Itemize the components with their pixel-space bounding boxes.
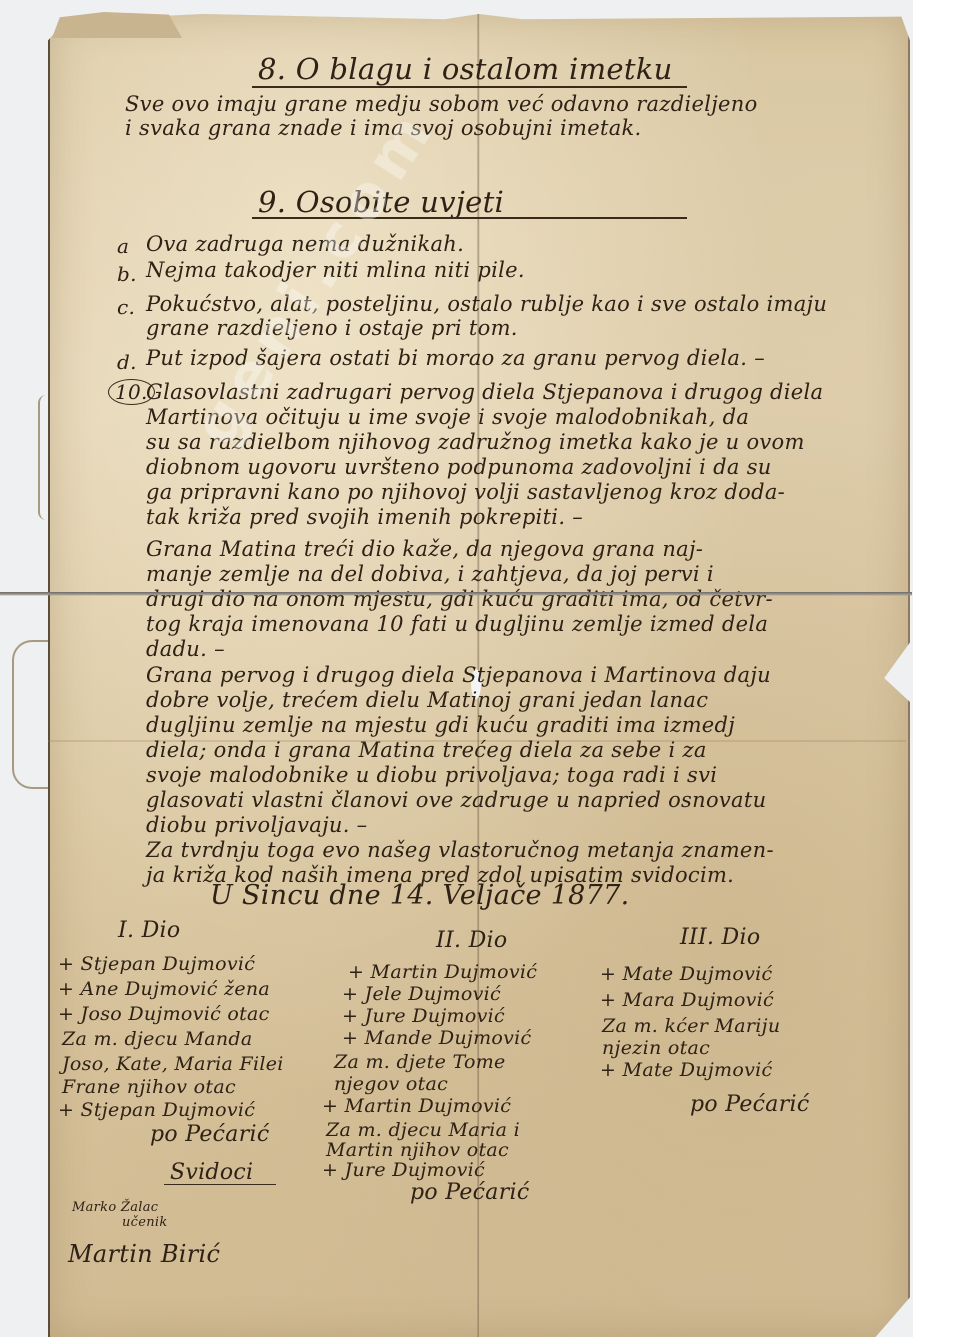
- section-8-underline: [252, 86, 687, 88]
- item-b-line-1: Nejma takodjer niti mlina niti pile.: [146, 258, 525, 282]
- witnesses-heading: Svidoci: [170, 1160, 253, 1185]
- part-3-line-5: + Mate Dujmović: [600, 1058, 772, 1083]
- part-1-line-7: + Stjepan Dujmović: [58, 1098, 255, 1123]
- binding-string-loop: [12, 640, 48, 789]
- item-c-marker: c.: [117, 295, 135, 319]
- section-10-p2-line-2: manje zemlje na del dobiva, i zahtjeva, …: [146, 562, 714, 586]
- section-10-p1-line-5: ga pripravni kano po njihovoj volji sast…: [146, 480, 785, 504]
- section-10-p1-line-2: Martinova očituju u ime svoje i svoje ma…: [146, 405, 749, 429]
- section-10-p3-line-4: diela; onda i grana Matina trećeg diela …: [146, 738, 707, 762]
- section-10-p1-line-4: diobnom ugovoru uvršteno podpunoma zadov…: [146, 455, 772, 479]
- section-8-heading: 8. O blagu i ostalom imetku: [258, 52, 673, 86]
- part-2-line-7: + Martin Dujmović: [322, 1094, 511, 1119]
- witness-2-name: Martin Birić: [68, 1240, 220, 1268]
- section-10-p1-line-6: tak križa pred svojih imenih pokrepiti. …: [146, 505, 583, 529]
- item-d-marker: d.: [117, 350, 137, 374]
- section-8-line-1: Sve ovo imaju grane medju sobom već odav…: [125, 92, 758, 116]
- section-10-p3-line-3: dugljinu zemlje na mjestu gdi kuću gradi…: [146, 713, 735, 737]
- section-10-p1-line-3: su sa razdielbom njihovog zadružnog imet…: [146, 430, 805, 454]
- item-b-marker: b.: [117, 262, 137, 286]
- part-3-line-1: + Mate Dujmović: [600, 962, 772, 987]
- part-2-scribe: po Pećarić: [410, 1180, 529, 1205]
- item-c-line-2: grane razdieljeno i ostaje pri tom.: [146, 316, 518, 340]
- part-1-line-3: + Joso Dujmović otac: [58, 1002, 270, 1027]
- section-9-heading: 9. Osobite uvjeti: [258, 185, 504, 219]
- section-10-p4-line-1: Za tvrdnju toga evo našeg vlastoručnog m…: [146, 838, 774, 862]
- section-10-p3-line-5: svoje malodobnike u diobu privoljava; to…: [146, 763, 717, 787]
- section-8-line-2: i svaka grana znade i ima svoj osobujni …: [125, 116, 642, 140]
- witnesses-underline: [164, 1184, 276, 1185]
- section-10-p3-line-1: Grana pervog i drugog diela Stjepanova i…: [146, 663, 771, 687]
- section-10-p1-line-1: Glasovlastni zadrugari pervog diela Stje…: [146, 380, 823, 404]
- part-3-line-2: + Mara Dujmović: [600, 988, 774, 1013]
- part-1-line-2: + Ane Dujmović žena: [58, 977, 270, 1002]
- part-3-heading: III. Dio: [680, 925, 760, 950]
- section-10-p3-line-2: dobre volje, trećem dielu Matinoj grani …: [146, 688, 708, 712]
- place-and-date: U Sincu dne 14. Veljače 1877.: [210, 880, 630, 911]
- item-c-line-1: Pokućstvo, alat, postelјinu, ostalo rubl…: [146, 292, 827, 316]
- part-3-scribe: po Pećarić: [690, 1092, 809, 1117]
- item-d-line-1: Put izpod šajera ostati bi morao za gran…: [146, 346, 765, 370]
- section-10-p2-line-1: Grana Matina treći dio kaže, da njegova …: [146, 537, 703, 561]
- section-10-p2-line-4: tog kraja imenovana 10 fati u dugljinu z…: [146, 612, 768, 636]
- item-a-marker: a: [117, 234, 129, 258]
- part-1-line-4: Za m. djecu Manda: [62, 1027, 253, 1052]
- part-2-heading: II. Dio: [436, 928, 507, 953]
- part-1-line-1: + Stjepan Dujmović: [58, 952, 255, 977]
- witness-1-name: Marko Žalac: [72, 1200, 158, 1215]
- part-2-line-4: + Mande Dujmović: [342, 1026, 532, 1051]
- part-1-line-6: Frane njihov otac: [62, 1075, 236, 1100]
- part-1-line-5: Joso, Kate, Maria Filei: [62, 1052, 284, 1077]
- section-10-p3-line-7: diobu privoljavaju. –: [146, 813, 367, 837]
- torn-paper-edge: [52, 12, 182, 38]
- part-1-heading: I. Dio: [118, 918, 180, 943]
- item-a-line-1: Ova zadruga nema dužnikah.: [146, 232, 464, 256]
- scan-seam-line: [0, 592, 912, 596]
- section-10-p2-line-5: dadu. –: [146, 637, 225, 661]
- section-10-p2-line-3: drugi dio na onom mjestu, gdi kuću gradi…: [146, 587, 773, 611]
- section-10-p3-line-6: glasovati vlastni članovi ove zadruge u …: [146, 788, 766, 812]
- section-9-underline: [252, 217, 687, 219]
- part-1-scribe: po Pećarić: [150, 1122, 269, 1147]
- witness-1-title: učenik: [122, 1215, 168, 1230]
